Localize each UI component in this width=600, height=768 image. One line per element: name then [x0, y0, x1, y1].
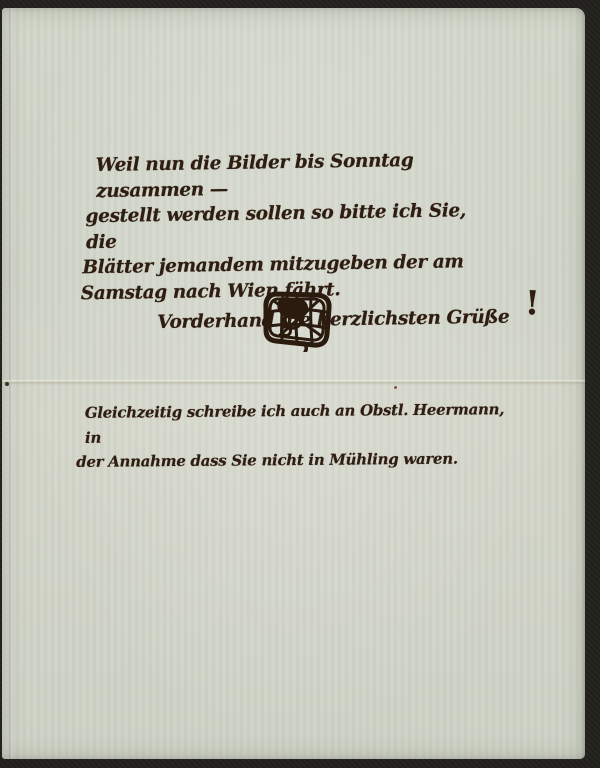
letter-line-1: Weil nun die Bilder bis Sonntag zusammen… — [79, 147, 500, 205]
monogram-signature-icon — [260, 288, 336, 352]
letter-postscript: Gleichzeitig schreibe ich auch an Obstl.… — [76, 397, 517, 474]
closing-exclamation: ! — [525, 290, 540, 316]
postscript-line-2: der Annahme dass Sie nicht in Mühling wa… — [76, 446, 516, 474]
scan-background: Weil nun die Bilder bis Sonntag zusammen… — [0, 0, 600, 768]
ink-speck — [5, 382, 9, 386]
paper-speck — [394, 386, 397, 389]
postscript-line-1: Gleichzeitig schreibe ich auch an Obstl.… — [76, 397, 516, 450]
fold-crease — [2, 380, 585, 385]
letter-line-2: gestellt werden sollen so bitte ich Sie,… — [79, 198, 500, 256]
